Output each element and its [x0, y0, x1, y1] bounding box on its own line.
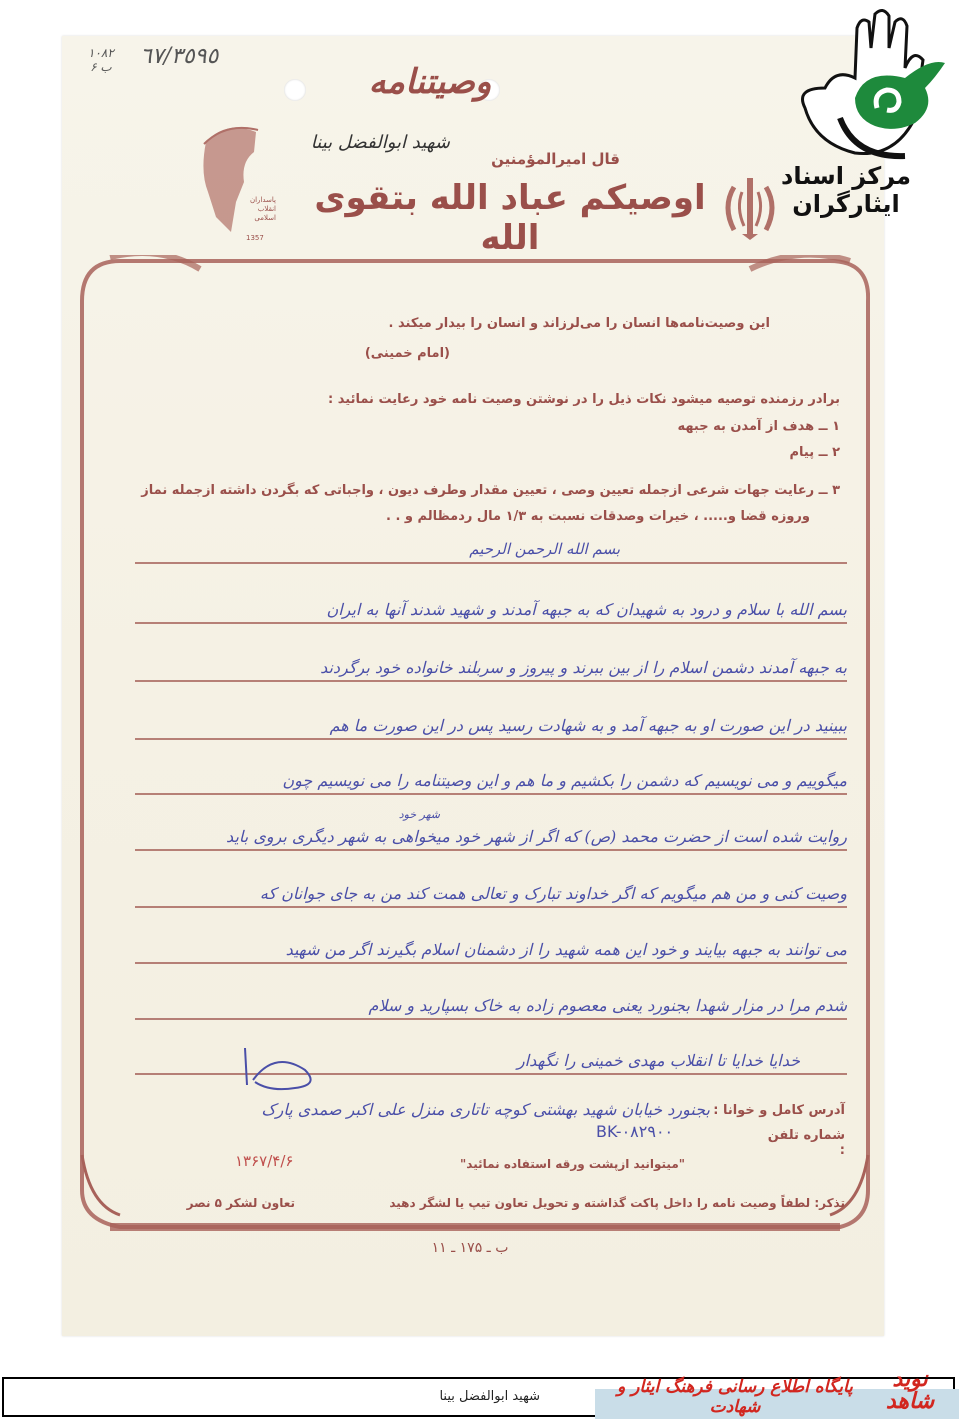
cooperation-unit: تعاون لشکر ۵ نصر: [155, 1196, 295, 1210]
form-item-3: ۳ ــ رعایت جهات شرعی ازجمله تعیین وصی ، …: [140, 483, 840, 498]
backside-note: "میتوانید ازپشت ورقه استفاده نمائید": [395, 1157, 685, 1171]
handwritten-opening: بسم الله الرحمن الرحیم: [360, 540, 620, 558]
document-date: ۱۳۶۷/۴/۶: [235, 1152, 293, 1170]
ruled-line: [135, 738, 847, 740]
banner-text: پایگاه اطلاع رسانی فرهنگ ایثار و شهادت: [600, 1377, 870, 1417]
irgc-emblem-icon: 1357: [196, 122, 266, 242]
quote-reference: قال امیرالمؤمنین: [480, 150, 620, 168]
form-item-3-continued: وروزه قضا و..... ، خیرات وصدقات نسبت به …: [140, 509, 810, 524]
handwritten-line: خدایا خدایا تا انقلاب مهدی خمینی را نگهد…: [300, 1051, 800, 1070]
handwritten-line: روایت شده است از حضرت محمد (ص) که اگر از…: [130, 827, 847, 846]
martyr-name-handwritten: شهید ابوالفضل بینا: [270, 132, 450, 153]
form-code: ب ـ ۱۷۵ ـ ۱۱: [395, 1240, 545, 1256]
handwritten-line: وصیت کنی و من هم میگویم که اگر خداوند تب…: [130, 884, 847, 903]
ruled-line: [135, 562, 847, 564]
ruled-line: [135, 1018, 847, 1020]
footer-note: تذکر: لطفاً وصیت نامه را داخل پاکت گذاشت…: [350, 1196, 845, 1210]
form-instructions: برادر رزمنده توصیه میشود نکات ذیل را در …: [140, 392, 840, 407]
handwritten-line: به جبهه آمدند دشمن اسلام را از بین ببرند…: [130, 658, 847, 677]
handwritten-line: ببینید در این صورت او به جبهه آمد و به ش…: [130, 716, 847, 735]
form-item-1: ۱ ــ هدف از آمدن به جبهه: [140, 419, 840, 434]
signature-icon: [225, 1040, 335, 1100]
archive-sub-number-value: ۱۰۸۲: [88, 46, 114, 60]
phone-label: شماره تلفن :: [760, 1128, 845, 1158]
ruled-line: [135, 849, 847, 851]
verse-calligraphy: اوصیکم عباد الله بتقوی الله: [300, 178, 720, 258]
khomeini-attribution: (امام خمینی): [330, 346, 450, 361]
archive-sub-label: ب ۶: [88, 60, 114, 74]
isargaran-logo-text: مرکز اسناد ایثارگران: [735, 162, 957, 218]
khomeini-quote: این وصیت‌نامه‌ها انسان را می‌لرزاند و ان…: [220, 316, 770, 331]
archive-number: ٦٧/٣٥٩٥: [140, 44, 218, 69]
navid-shahed-logo: نوید شاهد: [870, 1369, 950, 1413]
handwritten-line: بسم الله با سلام و درود به شهیدان که به …: [130, 600, 847, 619]
page-footer: شهید ابوالفضل بینا پایگاه اطلاع رسانی فر…: [0, 1367, 959, 1419]
form-item-2: ۲ ــ پیام: [140, 445, 840, 460]
address-handwritten: بجنورد خیابان شهید بهشتی کوچه تاتاری منز…: [70, 1100, 710, 1119]
ruled-line: [135, 906, 847, 908]
emblem-caption: پاسداران انقلاب اسلامی: [246, 196, 276, 223]
ruled-line: [135, 793, 847, 795]
phone-handwritten: BK-۰۸۲۹۰۰: [596, 1122, 673, 1141]
handwritten-line: می توانند به جبهه بیایند و خود این همه ش…: [130, 940, 847, 959]
handwritten-line: شدم مرا در مزار شهدا بجنورد یعنی معصوم ز…: [130, 996, 847, 1015]
document-title: وصیتنامه: [300, 62, 560, 102]
navid-shahed-banner[interactable]: پایگاه اطلاع رسانی فرهنگ ایثار و شهادت ن…: [575, 1367, 959, 1419]
ruled-line: [135, 962, 847, 964]
ruled-line: [135, 622, 847, 624]
ruled-line: [135, 680, 847, 682]
handwritten-line: میگوییم و می نویسیم که دشمن را بکشیم و م…: [130, 771, 847, 790]
footer-caption: شهید ابوالفضل بینا: [360, 1389, 540, 1404]
emblem-year: 1357: [246, 234, 264, 242]
handwritten-insertion: شهر خود: [380, 808, 440, 821]
archive-sub-number: ۱۰۸۲ ب ۶: [88, 46, 114, 74]
